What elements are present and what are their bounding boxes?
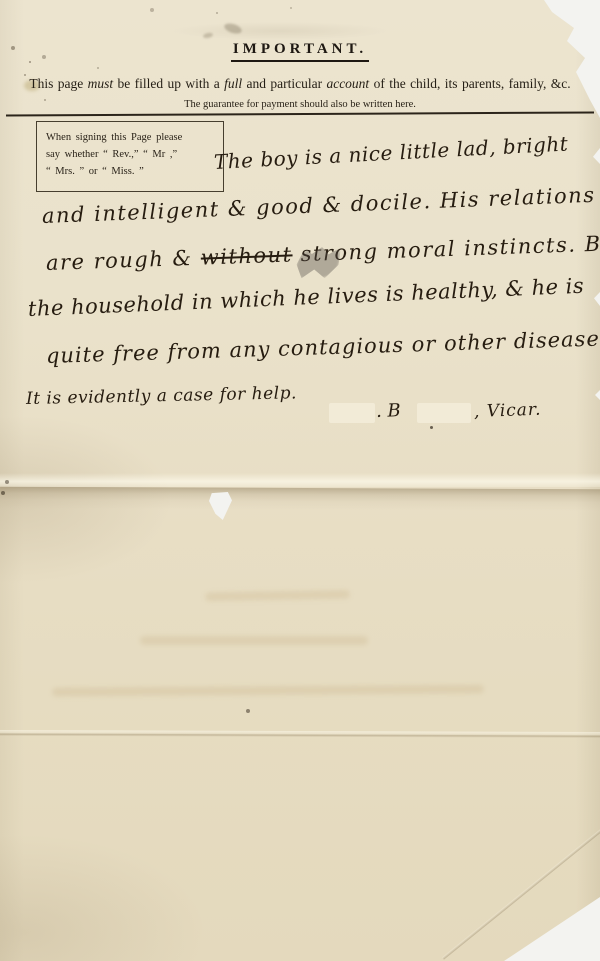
signing-note-box: When signing this Page please say whethe… bbox=[36, 121, 224, 192]
signing-note-line: When signing this Page please bbox=[46, 129, 214, 146]
instruction-seg-italic: full bbox=[224, 76, 242, 91]
crossed-out-word: without bbox=[200, 242, 293, 269]
instruction-line: This page must be filled up with a full … bbox=[0, 76, 600, 92]
guarantee-line: The guarantee for payment should also be… bbox=[0, 99, 600, 110]
signature-initial: . B bbox=[376, 400, 401, 422]
instruction-seg-italic: account bbox=[326, 76, 369, 91]
fold-crease-highlight bbox=[0, 473, 600, 487]
document-scan: IMPORTANT. This page must be filled up w… bbox=[0, 0, 600, 961]
instruction-seg: of the child, its parents, family, &c. bbox=[369, 76, 570, 91]
signing-note-line: say whether “ Rev.,” “ Mr ,” bbox=[46, 146, 214, 163]
instruction-seg: This page bbox=[29, 76, 87, 91]
ink-specks bbox=[0, 0, 2, 2]
fold-crease-main bbox=[0, 487, 600, 512]
signature-title: , Vicar. bbox=[474, 400, 542, 422]
instruction-seg-italic: must bbox=[88, 76, 114, 91]
ink-dot bbox=[430, 426, 433, 429]
page-title: IMPORTANT. bbox=[0, 40, 600, 62]
instruction-seg: and particular bbox=[242, 76, 326, 91]
signing-note-line: “ Mrs. ” or “ Miss. ” bbox=[46, 163, 214, 180]
reverse-ink-show-through bbox=[140, 636, 368, 645]
signature-redaction-patch bbox=[329, 403, 375, 423]
signature-redaction-patch bbox=[417, 403, 471, 423]
page-title-text: IMPORTANT. bbox=[231, 41, 369, 62]
instruction-seg: be filled up with a bbox=[113, 76, 224, 91]
